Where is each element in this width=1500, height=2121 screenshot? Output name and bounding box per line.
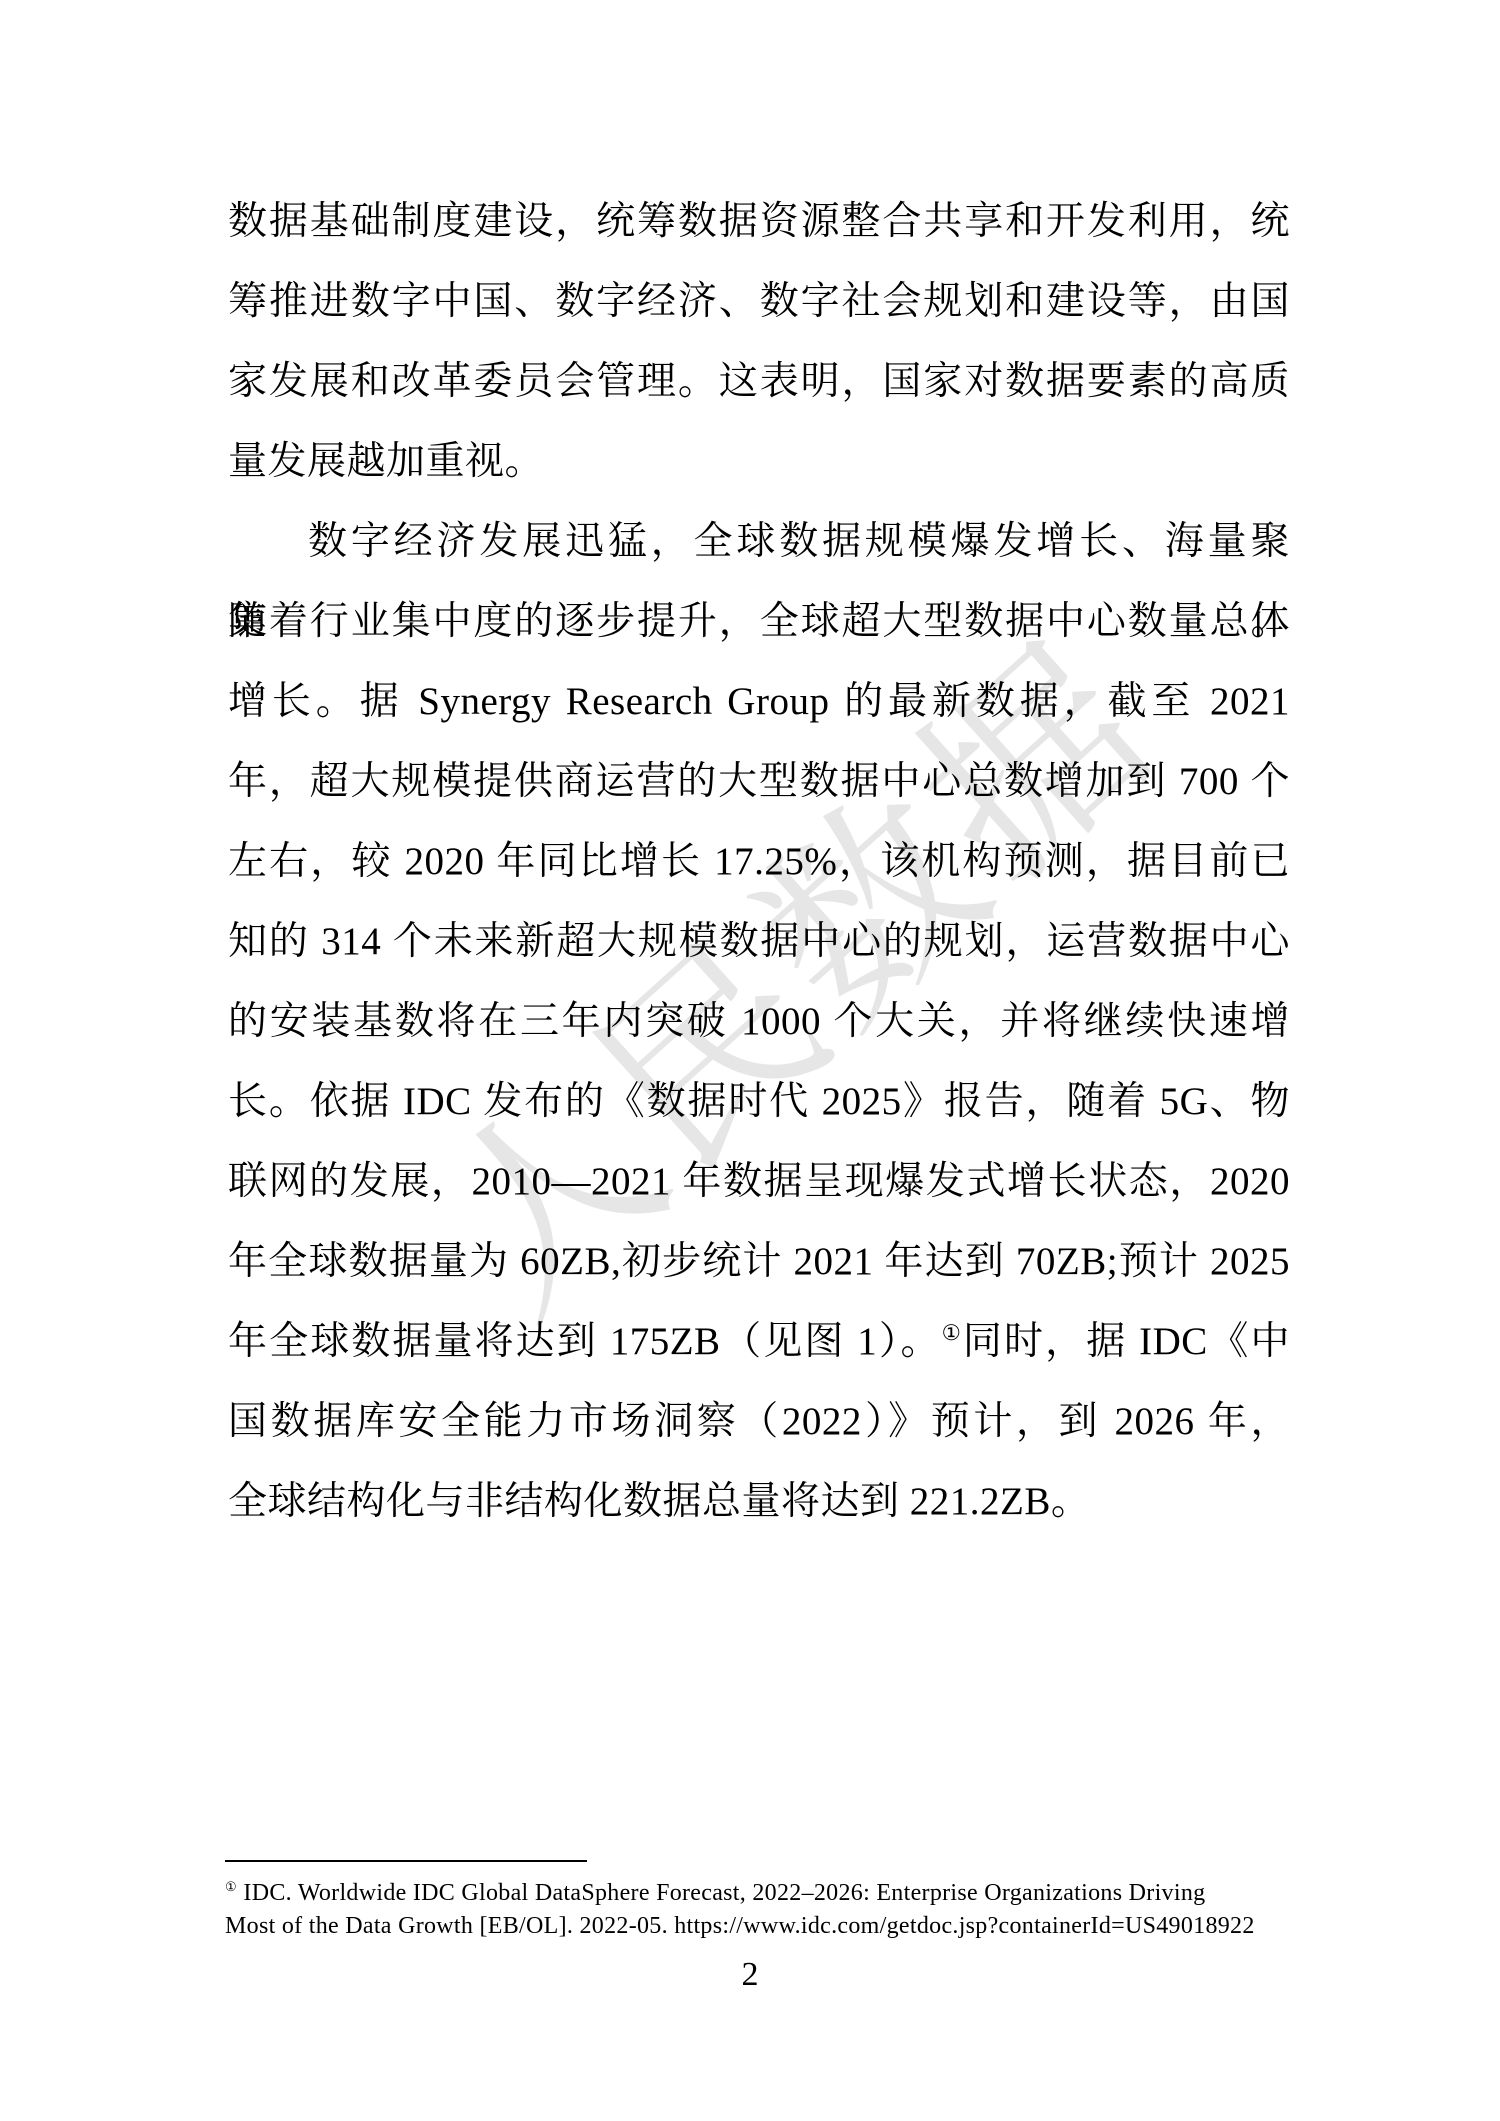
paragraph: 数字经济发展迅猛，全球数据规模爆发增长、海量聚集。随着行业集中度的逐步提升，全球… <box>228 502 1290 1542</box>
document-page: 人民数据 数据基础制度建设，统筹数据资源整合共享和开发利用，统筹推进数字中国、数… <box>0 0 1500 2121</box>
body-text: 数据基础制度建设，统筹数据资源整合共享和开发利用，统筹推进数字中国、数字经济、数… <box>228 182 1290 1542</box>
footnote-separator <box>225 1860 587 1862</box>
body-line: 筹推进数字中国、数字经济、数字社会规划和建设等，由国 <box>228 262 1290 342</box>
body-line: 左右，较 2020 年同比增长 17.25%，该机构预测，据目前已 <box>228 822 1290 902</box>
paragraph: 数据基础制度建设，统筹数据资源整合共享和开发利用，统筹推进数字中国、数字经济、数… <box>228 182 1290 502</box>
body-line: 知的 314 个未来新超大规模数据中心的规划，运营数据中心 <box>228 902 1290 982</box>
body-line: 年，超大规模提供商运营的大型数据中心总数增加到 700 个 <box>228 742 1290 822</box>
footnote-text: ① IDC. Worldwide IDC Global DataSphere F… <box>225 1877 1285 1943</box>
body-line: 数据基础制度建设，统筹数据资源整合共享和开发利用，统 <box>228 182 1290 262</box>
page-number: 2 <box>0 1956 1500 1994</box>
footnote: ① IDC. Worldwide IDC Global DataSphere F… <box>225 1860 1285 1943</box>
body-line: 家发展和改革委员会管理。这表明，国家对数据要素的高质 <box>228 342 1290 422</box>
footnote-line: Most of the Data Growth [EB/OL]. 2022-05… <box>225 1910 1285 1943</box>
body-line: 增长。据 Synergy Research Group 的最新数据，截至 202… <box>228 662 1290 742</box>
body-line: 联网的发展，2010—2021 年数据呈现爆发式增长状态，2020 <box>228 1142 1290 1222</box>
body-line: 的安装基数将在三年内突破 1000 个大关，并将继续快速增 <box>228 982 1290 1062</box>
body-line: 量发展越加重视。 <box>228 422 1290 502</box>
footnote-ref-marker: ① <box>225 1879 237 1894</box>
footnote-ref-marker: ① <box>942 1321 963 1345</box>
body-line: 国数据库安全能力市场洞察（2022）》预计，到 2026 年， <box>228 1382 1290 1462</box>
body-line: 全球结构化与非结构化数据总量将达到 221.2ZB。 <box>228 1462 1290 1542</box>
footnote-line: ① IDC. Worldwide IDC Global DataSphere F… <box>225 1877 1285 1910</box>
body-line: 长。依据 IDC 发布的《数据时代 2025》报告，随着 5G、物 <box>228 1062 1290 1142</box>
body-line: 年全球数据量为 60ZB,初步统计 2021 年达到 70ZB;预计 2025 <box>228 1222 1290 1302</box>
body-line: 年全球数据量将达到 175ZB（见图 1）。①同时，据 IDC《中 <box>228 1302 1290 1382</box>
body-line: 随着行业集中度的逐步提升，全球超大型数据中心数量总体 <box>228 582 1290 662</box>
body-line: 数字经济发展迅猛，全球数据规模爆发增长、海量聚集。 <box>228 502 1290 582</box>
